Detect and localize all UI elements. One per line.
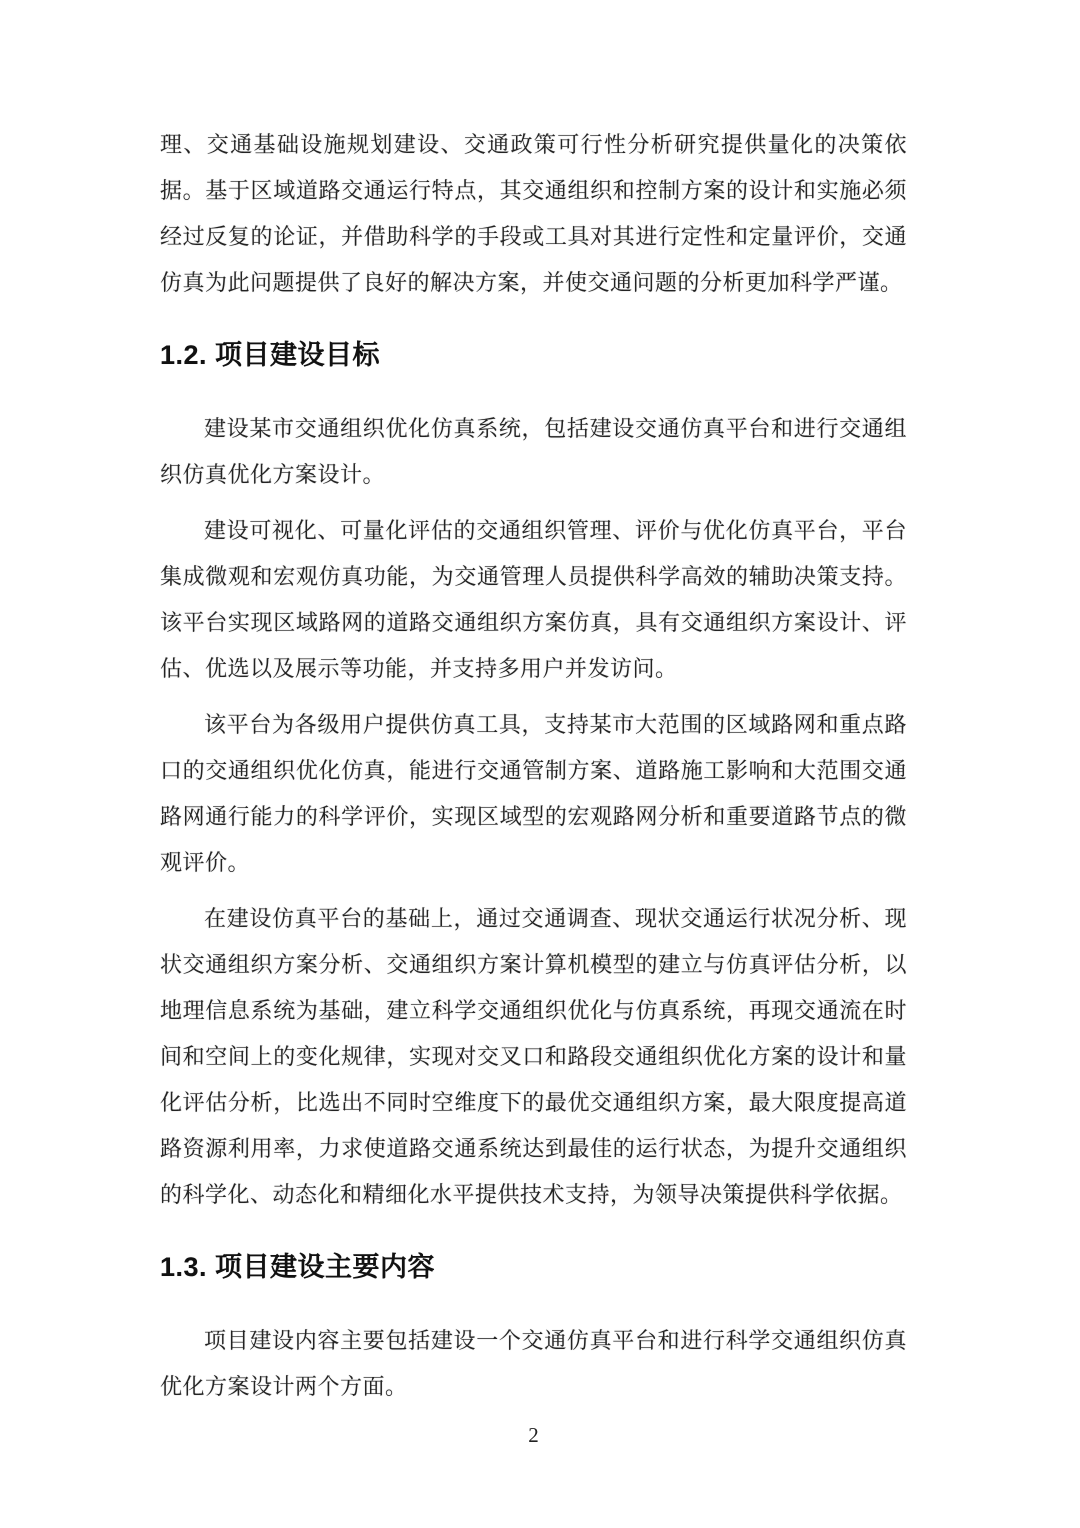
paragraph: 项目建设内容主要包括建设一个交通仿真平台和进行科学交通组织仿真优化方案设计两个方…	[160, 1318, 907, 1410]
intro-paragraph: 理、交通基础设施规划建设、交通政策可行性分析研究提供量化的决策依据。基于区域道路…	[160, 122, 907, 306]
section-heading-1-3: 1.3. 项目建设主要内容	[160, 1248, 907, 1286]
paragraph: 建设可视化、可量化评估的交通组织管理、评价与优化仿真平台，平台集成微观和宏观仿真…	[160, 508, 907, 692]
paragraph: 该平台为各级用户提供仿真工具，支持某市大范围的区域路网和重点路口的交通组织优化仿…	[160, 702, 907, 886]
paragraph: 在建设仿真平台的基础上，通过交通调查、现状交通运行状况分析、现状交通组织方案分析…	[160, 896, 907, 1218]
page-content: 理、交通基础设施规划建设、交通政策可行性分析研究提供量化的决策依据。基于区域道路…	[0, 0, 1080, 1450]
page-number: 2	[160, 1420, 907, 1450]
paragraph: 建设某市交通组织优化仿真系统，包括建设交通仿真平台和进行交通组织仿真优化方案设计…	[160, 406, 907, 498]
document-page: 理、交通基础设施规划建设、交通政策可行性分析研究提供量化的决策依据。基于区域道路…	[0, 0, 1080, 1528]
section-heading-1-2: 1.2. 项目建设目标	[160, 336, 907, 374]
